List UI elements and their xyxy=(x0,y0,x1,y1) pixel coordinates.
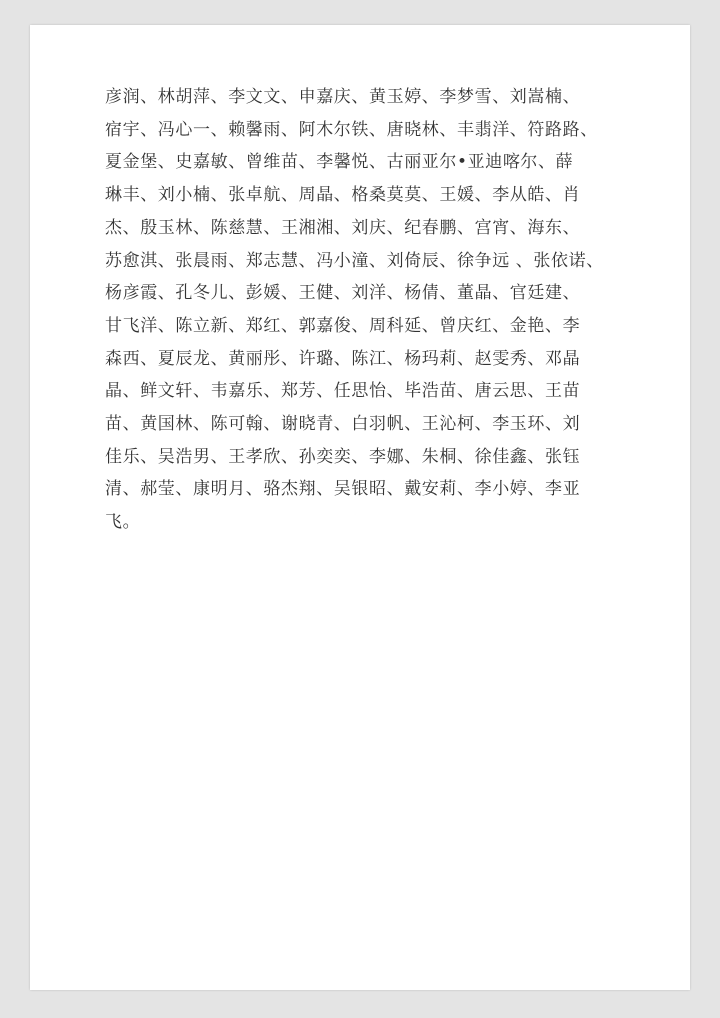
text-line: 杨彦霞、孔冬儿、彭媛、王健、刘洋、杨倩、董晶、官廷建、 xyxy=(105,277,650,310)
text-line: 佳乐、吴浩男、王孝欣、孙奕奕、李娜、朱桐、徐佳鑫、张钰 xyxy=(105,441,650,474)
text-line: 宿宇、冯心一、赖馨雨、阿木尔铁、唐晓林、丰翡洋、符路路、 xyxy=(105,114,650,147)
text-line: 甘飞洋、陈立新、郑红、郭嘉俊、周科延、曾庆红、金艳、李 xyxy=(105,310,650,343)
text-line: 森西、夏辰龙、黄丽彤、许璐、陈江、杨玛莉、赵雯秀、邓晶 xyxy=(105,343,650,376)
name-list-paragraph: 彦润、林胡萍、李文文、申嘉庆、黄玉婷、李梦雪、刘嵩楠、宿宇、冯心一、赖馨雨、阿木… xyxy=(105,81,650,539)
document-viewer-canvas: 彦润、林胡萍、李文文、申嘉庆、黄玉婷、李梦雪、刘嵩楠、宿宇、冯心一、赖馨雨、阿木… xyxy=(0,0,720,1018)
text-line: 苏愈淇、张晨雨、郑志慧、冯小潼、刘倚辰、徐争远 、张依诺、 xyxy=(105,245,650,278)
text-line: 晶、鲜文轩、韦嘉乐、郑芳、任思怡、毕浩苗、唐云思、王苗 xyxy=(105,375,650,408)
text-line: 飞。 xyxy=(105,506,650,539)
text-line: 杰、殷玉林、陈慈慧、王湘湘、刘庆、纪春鹏、宫宵、海东、 xyxy=(105,212,650,245)
text-line: 彦润、林胡萍、李文文、申嘉庆、黄玉婷、李梦雪、刘嵩楠、 xyxy=(105,81,650,114)
text-line: 苗、黄国林、陈可翰、谢晓青、白羽帆、王沁柯、李玉环、刘 xyxy=(105,408,650,441)
document-page: 彦润、林胡萍、李文文、申嘉庆、黄玉婷、李梦雪、刘嵩楠、宿宇、冯心一、赖馨雨、阿木… xyxy=(30,25,690,990)
text-line: 清、郝莹、康明月、骆杰翔、吴银昭、戴安莉、李小婷、李亚 xyxy=(105,473,650,506)
text-line: 夏金堡、史嘉敏、曾维苗、李馨悦、古丽亚尔•亚迪喀尔、薛 xyxy=(105,146,650,179)
text-line: 琳丰、刘小楠、张卓航、周晶、格桑莫莫、王媛、李从皓、肖 xyxy=(105,179,650,212)
